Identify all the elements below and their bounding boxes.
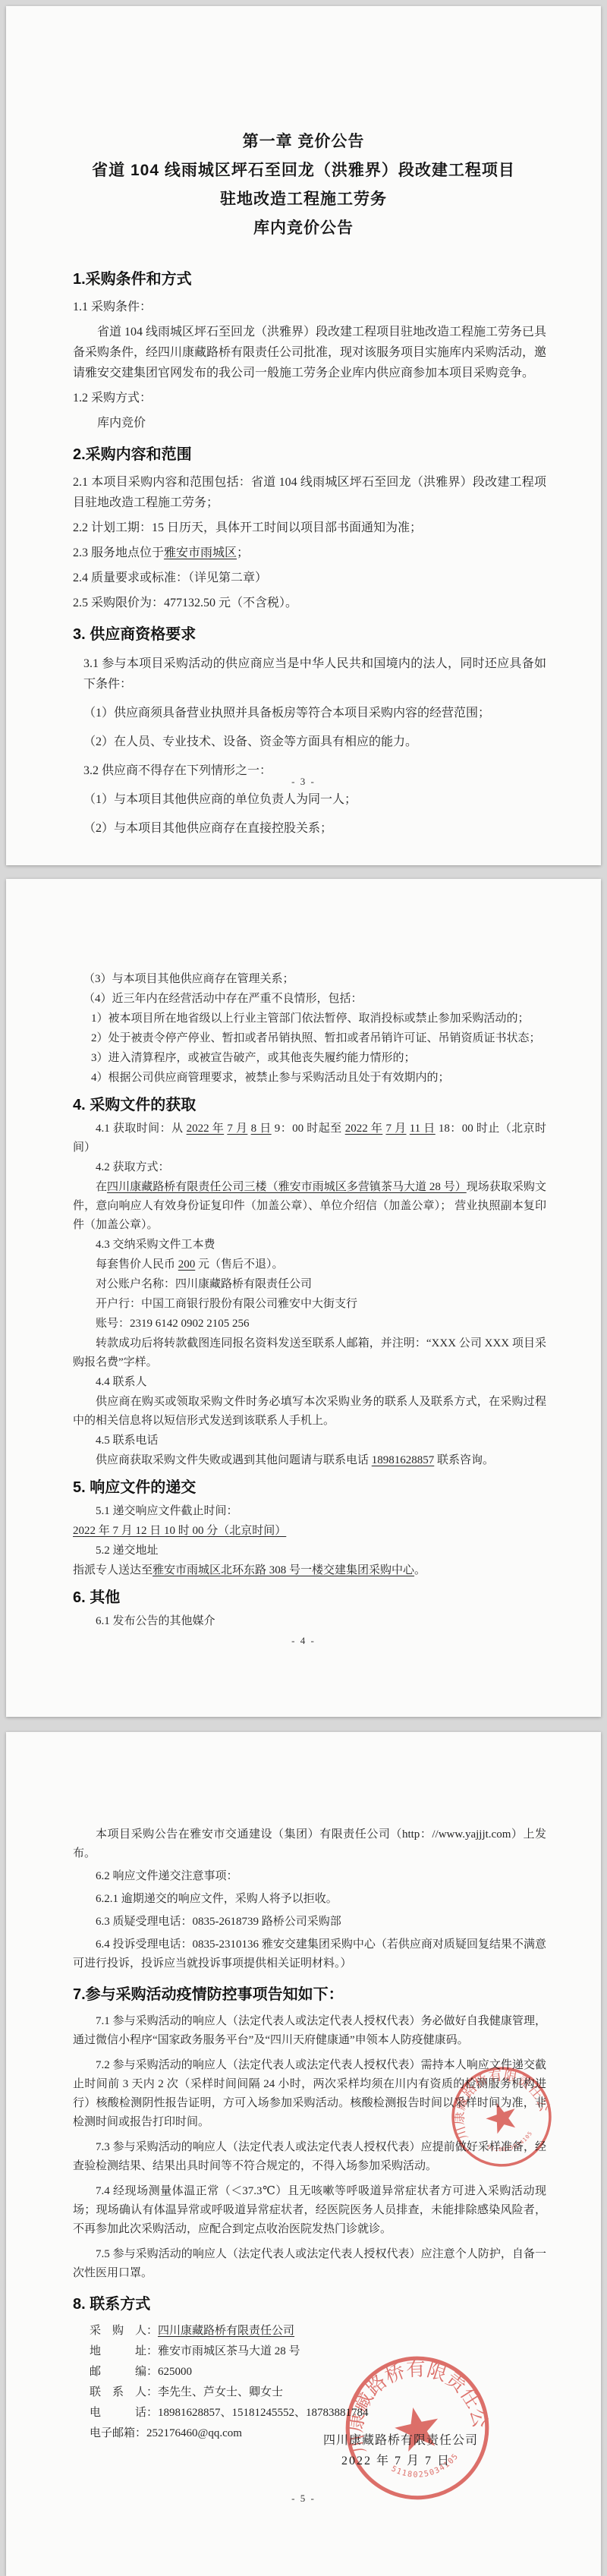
section-heading: 3. 供应商资格要求	[73, 624, 546, 645]
doc-line: 4.5 联系电话	[73, 1431, 546, 1450]
section-heading: 4. 采购文件的获取	[73, 1094, 546, 1116]
section-heading: 7.参与采购活动疫情防控事项告知如下：	[73, 1984, 546, 2005]
star-icon	[483, 2098, 521, 2136]
title-line: 第一章 竞价公告	[6, 128, 601, 156]
document-title: 第一章 竞价公告省道 104 线雨城区坪石至回龙（洪雅界）段改建工程项目驻地改造…	[6, 6, 601, 243]
doc-line: 5.1 递交响应文件截止时间：	[73, 1502, 546, 1521]
doc-line: 在四川康藏路桥有限责任公司三楼（雅安市雨城区多营镇茶马大道 28 号）现场获取采…	[73, 1178, 546, 1235]
doc-line: 2.5 采购限价为：477132.50 元（不含税）。	[73, 593, 546, 613]
doc-line: 2.3 服务地点位于雅安市雨城区；	[73, 543, 546, 563]
section-heading: 5. 响应文件的递交	[73, 1477, 546, 1498]
doc-line: 6.2 响应文件递交注意事项：	[73, 1867, 546, 1886]
doc-line: 每套售价人民币 200 元（售后不退）。	[73, 1255, 546, 1274]
section-heading: 1.采购条件和方式	[73, 269, 546, 290]
doc-line: 指派专人送达至雅安市雨城区北环东路 308 号一楼交建集团采购中心。	[73, 1561, 546, 1580]
doc-line: （1）与本项目其他供应商的单位负责人为同一人；	[73, 789, 546, 810]
doc-line: 3.1 参与本项目采购活动的供应商应当是中华人民共和国境内的法人，同时还应具备如…	[73, 653, 546, 694]
doc-line: 账号：2319 6142 0902 2105 256	[73, 1315, 546, 1334]
doc-line: 6.2.1 逾期递交的响应文件，采购人将予以拒收。	[73, 1890, 546, 1909]
doc-line: 4.4 联系人	[73, 1373, 546, 1392]
doc-line: （1）供应商须具备营业执照并具备板房等符合本项目采购内容的经营范围；	[73, 703, 546, 723]
doc-line: （3）与本项目其他供应商存在管理关系；	[73, 970, 546, 989]
doc-line: 开户行：中国工商银行股份有限公司雅安中大街支行	[73, 1295, 546, 1314]
scan-page-2: （3）与本项目其他供应商存在管理关系；（4）近三年内在经营活动中存在严重不良情形…	[6, 879, 601, 1717]
svg-text:5118025034105: 5118025034105	[485, 2128, 537, 2159]
signature-company: 四川康藏路桥有限责任公司	[323, 2430, 478, 2451]
doc-line: 1.1 采购条件：	[73, 297, 546, 317]
doc-line: 省道 104 线雨城区坪石至回龙（洪雅界）段改建工程项目驻地改造工程施工劳务已具…	[73, 322, 546, 383]
doc-line: （2）在人员、专业技术、设备、资金等方面具有相应的能力。	[73, 732, 546, 752]
doc-line: 6.1 发布公告的其他媒介	[73, 1612, 546, 1631]
section-heading: 2.采购内容和范围	[73, 444, 546, 465]
title-line: 驻地改造工程施工劳务	[6, 185, 601, 214]
scan-page-1: 第一章 竞价公告省道 104 线雨城区坪石至回龙（洪雅界）段改建工程项目驻地改造…	[6, 6, 601, 865]
doc-line: 4.1 获取时间：从 2022 年 7 月 8 日 9：00 时起至 2022 …	[73, 1120, 546, 1157]
doc-line: 2）处于被责令停产停业、暂扣或者吊销执照、暂扣或者吊销许可证、吊销资质证书状态；	[73, 1029, 546, 1048]
doc-line: 1.2 采购方式：	[73, 388, 546, 408]
doc-line: 2022 年 7 月 12 日 10 时 00 分（北京时间）	[73, 1522, 546, 1541]
doc-line: 1）被本项目所在地省级以上行业主管部门依法暂停、取消投标或禁止参加采购活动的；	[73, 1009, 546, 1028]
section-heading: 8. 联系方式	[73, 2294, 546, 2315]
doc-line: 7.5 参与采购活动的响应人（法定代表人或法定代表人授权代表）应注意个人防护，自…	[73, 2245, 546, 2283]
doc-line: 4.3 交纳采购文件工本费	[73, 1236, 546, 1255]
doc-line: 转款成功后将转款截图连同报名资料发送至联系人邮箱，并注明：“XXX 公司 XXX…	[73, 1334, 546, 1372]
doc-line: 供应商在购买或领取采购文件时务必填写本次采购业务的联系人及联系方式，在采购过程中…	[73, 1393, 546, 1431]
page-number: - 5 -	[6, 2493, 601, 2505]
doc-line: 2.1 本项目采购内容和范围包括：省道 104 线雨城区坪石至回龙（洪雅界）段改…	[73, 472, 546, 513]
page-number: - 3 -	[6, 776, 601, 788]
doc-line: 供应商获取采购文件失败或遇到其他问题请与联系电话 18981628857 联系咨…	[73, 1451, 546, 1470]
doc-line: 4）根据公司供应商管理要求，被禁止参与采购活动且处于有效期内的；	[73, 1069, 546, 1088]
signature-date: 2022 年 7 月 7 日	[323, 2451, 478, 2471]
doc-line: 2.2 计划工期：15 日历天，具体开工时间以项目部书面通知为准；	[73, 518, 546, 538]
title-line: 省道 104 线雨城区坪石至回龙（洪雅界）段改建工程项目	[6, 156, 601, 185]
title-line: 库内竞价公告	[6, 214, 601, 243]
doc-line: 5.2 递交地址	[73, 1542, 546, 1560]
doc-line: 4.2 获取方式：	[73, 1158, 546, 1177]
page-2-content: （3）与本项目其他供应商存在管理关系；（4）近三年内在经营活动中存在严重不良情形…	[6, 879, 601, 1631]
page-number: - 4 -	[6, 1635, 601, 1647]
signature-block: 四川康藏路桥有限责任公司 2022 年 7 月 7 日	[323, 2430, 478, 2471]
doc-line: 7.1 参与采购活动的响应人（法定代表人或法定代表人授权代表）务必做好自我健康管…	[73, 2012, 546, 2050]
section-heading: 6. 其他	[73, 1587, 546, 1608]
page-1-content: 1.采购条件和方式1.1 采购条件：省道 104 线雨城区坪石至回龙（洪雅界）段…	[6, 269, 601, 839]
doc-line: 库内竞价	[73, 413, 546, 433]
doc-line: （2）与本项目其他供应商存在直接控股关系；	[73, 818, 546, 839]
doc-line: 2.4 质量要求或标准：（详见第二章）	[73, 568, 546, 588]
doc-line: 本项目采购公告在雅安市交通建设（集团）有限责任公司（http：//www.yaj…	[73, 1825, 546, 1863]
scan-page-3: 本项目采购公告在雅安市交通建设（集团）有限责任公司（http：//www.yaj…	[6, 1732, 601, 2576]
doc-line: （4）近三年内在经营活动中存在严重不良情形，包括：	[73, 990, 546, 1009]
doc-line: 3）进入清算程序，或被宣告破产，或其他丧失履约能力情形的；	[73, 1049, 546, 1068]
doc-line: 对公账户名称：四川康藏路桥有限责任公司	[73, 1275, 546, 1294]
doc-line: 6.3 质疑受理电话：0835-2618739 路桥公司采购部	[73, 1913, 546, 1932]
doc-line: 6.4 投诉受理电话：0835-2310136 雅安交建集团采购中心（若供应商对…	[73, 1935, 546, 1973]
